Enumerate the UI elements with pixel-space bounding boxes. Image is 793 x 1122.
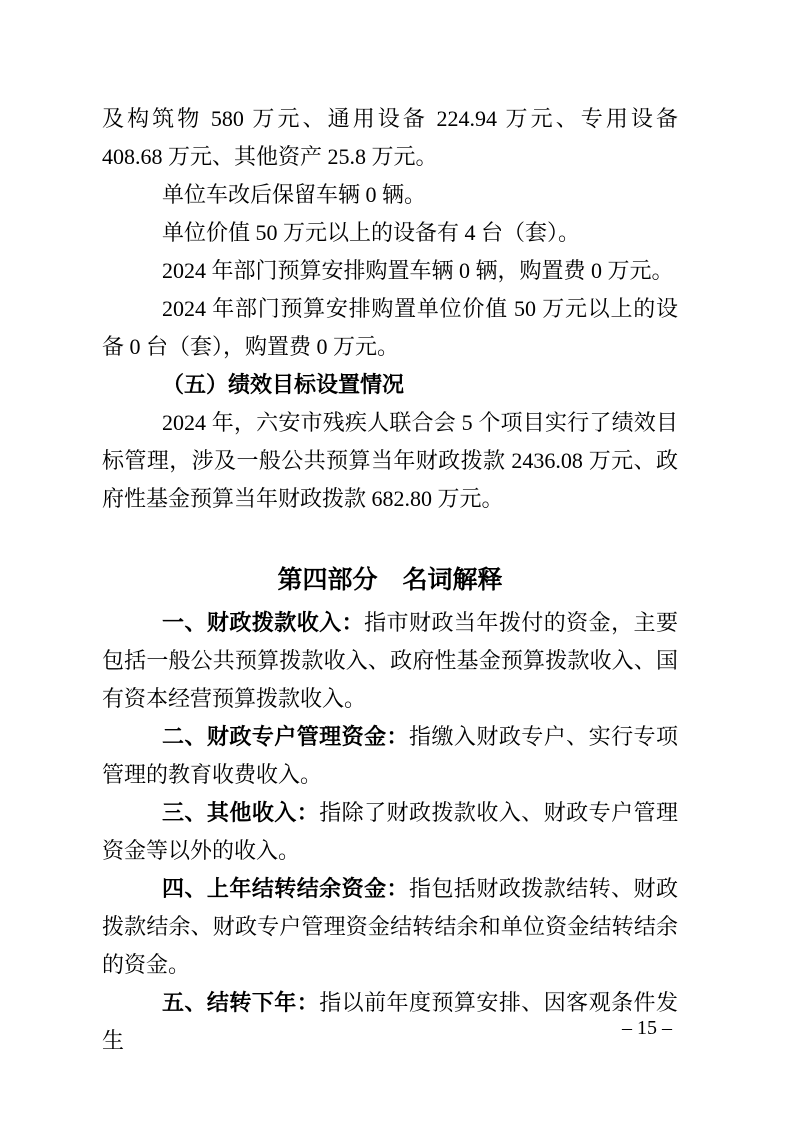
term-paragraph: 一、财政拨款收入：指市财政当年拨付的资金，主要包括一般公共预算拨款收入、政府性基… (102, 604, 678, 718)
paragraph-assets-continuation: 及构筑物 580 万元、通用设备 224.94 万元、专用设备 408.68 万… (102, 100, 678, 176)
document-page: 及构筑物 580 万元、通用设备 224.94 万元、专用设备 408.68 万… (0, 0, 793, 1122)
section-title-glossary: 第四部分 名词解释 (102, 560, 678, 600)
term-label: 四、上年结转结余资金： (162, 876, 409, 901)
page-content: 及构筑物 580 万元、通用设备 224.94 万元、专用设备 408.68 万… (102, 100, 678, 1060)
paragraph-equipment-purchase: 2024 年部门预算安排购置单位价值 50 万元以上的设备 0 台（套），购置费… (102, 290, 678, 366)
paragraph-vehicle-purchase: 2024 年部门预算安排购置车辆 0 辆，购置费 0 万元。 (102, 252, 678, 290)
paragraph-performance-targets: 2024 年，六安市残疾人联合会 5 个项目实行了绩效目标管理，涉及一般公共预算… (102, 404, 678, 518)
term-label: 一、财政拨款收入： (162, 610, 364, 635)
paragraph-equipment-over-50: 单位价值 50 万元以上的设备有 4 台（套）。 (102, 214, 678, 252)
term-label: 五、结转下年： (162, 990, 319, 1015)
subsection-heading-performance-targets: （五）绩效目标设置情况 (102, 366, 678, 404)
term-label: 三、其他收入： (162, 800, 319, 825)
page-number: – 15 – (622, 1017, 672, 1039)
page-footer: – 15 – (622, 1014, 672, 1042)
term-label: 二、财政专户管理资金： (162, 724, 409, 749)
term-paragraph: 四、上年结转结余资金：指包括财政拨款结转、财政拨款结余、财政专户管理资金结转结余… (102, 870, 678, 984)
term-paragraph: 五、结转下年：指以前年度预算安排、因客观条件发生 (102, 984, 678, 1060)
term-paragraph: 三、其他收入：指除了财政拨款收入、财政专户管理资金等以外的收入。 (102, 794, 678, 870)
term-paragraph: 二、财政专户管理资金：指缴入财政专户、实行专项管理的教育收费收入。 (102, 718, 678, 794)
paragraph-vehicles-retained: 单位车改后保留车辆 0 辆。 (102, 176, 678, 214)
